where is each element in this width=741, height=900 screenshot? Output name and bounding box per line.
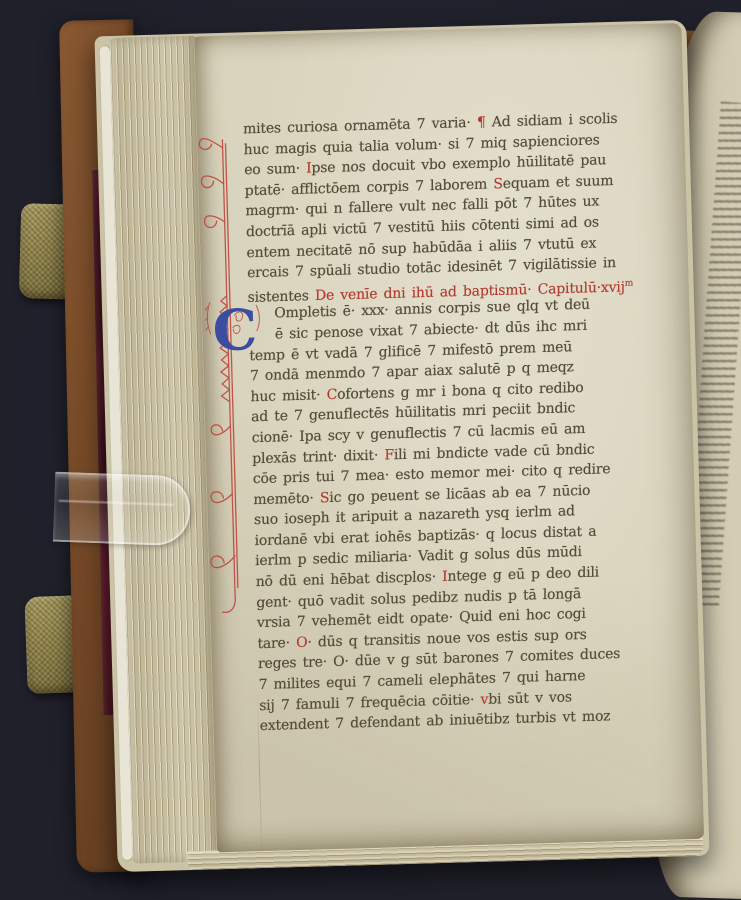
rubric-segment: ¶ bbox=[477, 114, 492, 130]
ink-segment: huc misit· bbox=[251, 387, 327, 405]
ink-segment: bi sūt v vos bbox=[488, 689, 572, 707]
plastic-sheen bbox=[58, 500, 174, 506]
ink-segment: nō dū eni hēbat discplos· bbox=[256, 569, 443, 590]
ink-segment: memēto· bbox=[253, 490, 320, 508]
rubric-segment: O bbox=[296, 635, 307, 651]
ink-segment: ntege g eū p deo dili bbox=[447, 565, 599, 585]
rubric-segment: S bbox=[320, 490, 330, 506]
ink-segment: Ad sidiam i scolis bbox=[492, 111, 618, 131]
rubric-segment: v bbox=[480, 691, 488, 707]
rubric-segment: S bbox=[493, 176, 503, 192]
page-block: C mites curiosa ornamēta 7 varia· ¶ Ad s… bbox=[94, 20, 709, 872]
rubric-segment: C bbox=[327, 387, 338, 403]
ink-segment: eo sum· bbox=[244, 161, 306, 179]
manuscript-photograph: { "colors": { "background": "#20202b", "… bbox=[0, 0, 741, 900]
plastic-page-holder bbox=[53, 472, 191, 547]
ink-segment: tare· bbox=[257, 635, 296, 652]
rubric-segment: m bbox=[625, 278, 634, 288]
text-block: mites curiosa ornamēta 7 varia· ¶ Ad sid… bbox=[243, 108, 674, 737]
rubric-segment: F bbox=[384, 447, 394, 463]
vellum-page: C mites curiosa ornamēta 7 varia· ¶ Ad s… bbox=[194, 23, 704, 852]
ink-segment: equam et suum bbox=[503, 173, 614, 192]
ink-segment: plexās trint· dixit· bbox=[252, 447, 384, 467]
